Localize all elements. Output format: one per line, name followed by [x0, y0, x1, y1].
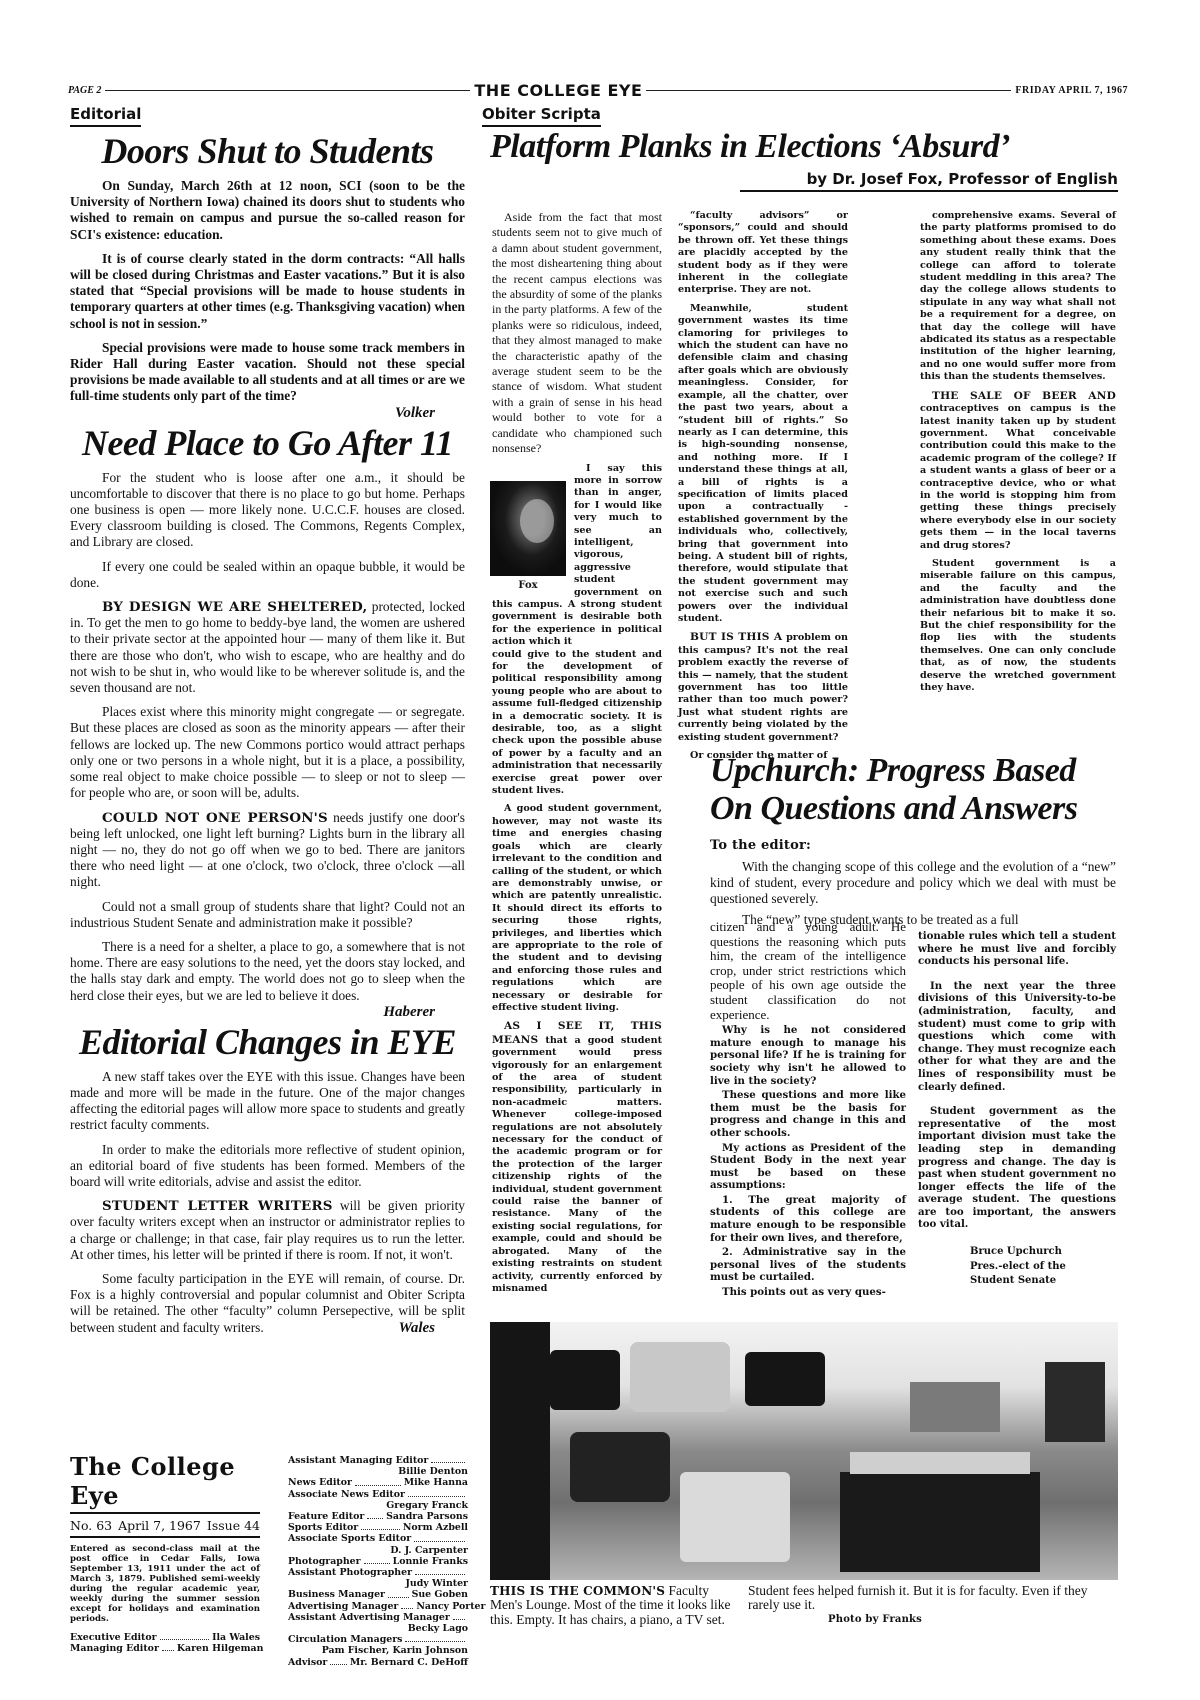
- leader-dots: [401, 1601, 413, 1609]
- fox-portrait-image: [490, 481, 566, 576]
- issue-date: FRIDAY APRIL 7, 1967: [1015, 85, 1128, 96]
- editorial-doors-body: On Sunday, March 26th at 12 noon, SCI (s…: [70, 178, 465, 405]
- signature-title: Student Senate: [970, 1274, 1116, 1289]
- staff-role: Managing Editor: [70, 1643, 159, 1654]
- staff-role: Advisor: [288, 1657, 327, 1668]
- paragraph: With the changing scope of this college …: [710, 859, 1116, 908]
- paragraph: tionable rules which tell a student wher…: [918, 930, 1116, 968]
- paragraph-text: In order to make the editorials more ref…: [70, 1142, 465, 1189]
- leader-dots: [330, 1657, 347, 1665]
- staff-row: Feature EditorSandra Parsons: [288, 1511, 468, 1522]
- letter-right-column: tionable rules which tell a student wher…: [918, 930, 1116, 1289]
- staff-role: Assistant Photographer: [288, 1567, 412, 1578]
- paragraph-text: There is a need for a shelter, a place t…: [70, 939, 465, 1003]
- page-masthead: PAGE 2 THE COLLEGE EYE FRIDAY APRIL 7, 1…: [68, 80, 1128, 100]
- masthead-rule: [105, 90, 470, 91]
- letter-left-small: Why is he not considered mature enough t…: [710, 1024, 906, 1298]
- section-label-editorial: Editorial: [70, 104, 141, 127]
- headline-need-place: Need Place to Go After 11: [70, 422, 465, 464]
- paragraph-text: Places exist where this minority might c…: [70, 704, 465, 800]
- paragraph: A new staff takes over the EYE with this…: [70, 1069, 465, 1134]
- staff-role: News Editor: [288, 1477, 352, 1488]
- staff-role: Photographer: [288, 1556, 361, 1567]
- staff-row: Assistant Advertising Manager: [288, 1612, 468, 1623]
- paragraph-text: problem on this campus? It's not the rea…: [678, 632, 848, 742]
- page-number: PAGE 2: [68, 85, 101, 96]
- letter-intro: With the changing scope of this college …: [710, 859, 1116, 928]
- leader-dots: [361, 1522, 400, 1530]
- staff-row: AdvisorMr. Bernard C. DeHoff: [288, 1657, 468, 1668]
- staff-row: Managing EditorKaren Hilgeman: [70, 1643, 260, 1654]
- headline-editorial-changes: Editorial Changes in EYE: [70, 1021, 465, 1063]
- paragraph-text: If every one could be sealed within an o…: [70, 559, 465, 590]
- staff-role: Circulation Managers: [288, 1634, 402, 1645]
- issue-number: No. 63: [70, 1518, 112, 1533]
- headline-upchurch: Upchurch: Progress Based On Questions an…: [710, 752, 1077, 828]
- staff-role: Business Manager: [288, 1589, 385, 1600]
- faculty-lounge-photo: [490, 1322, 1118, 1580]
- staff-role: Associate News Editor: [288, 1489, 405, 1500]
- photo-caption-left: THIS IS THE COMMON'S Faculty Men's Loung…: [490, 1584, 740, 1627]
- paragraph-text: A new staff takes over the EYE with this…: [70, 1069, 465, 1133]
- fox-photo-block: Fox: [490, 481, 566, 592]
- paragraph: AS I SEE IT, THIS MEANS that a good stud…: [492, 1020, 662, 1295]
- paragraph: This points out as very ques-: [710, 1286, 906, 1299]
- paragraph: In order to make the editorials more ref…: [70, 1142, 465, 1191]
- paragraph: Could not a small group of students shar…: [70, 899, 465, 931]
- signature-title: Pres.-elect of the: [970, 1260, 1116, 1275]
- paragraph: Places exist where this minority might c…: [70, 704, 465, 801]
- staff-role: Associate Sports Editor: [288, 1533, 411, 1544]
- paragraph-lead: BUT IS THIS A: [690, 631, 782, 643]
- headline-doors-shut: Doors Shut to Students: [70, 130, 465, 172]
- letter-upchurch: To the editor: With the changing scope o…: [710, 838, 1116, 928]
- leader-dots: [355, 1477, 401, 1485]
- leader-dots: [160, 1632, 210, 1640]
- paragraph-wrap: Fox I say this more in sorrow than in an…: [492, 463, 662, 649]
- staff-row: Advertising ManagerNancy Porter: [288, 1601, 468, 1612]
- staff-row: Circulation Managers: [288, 1634, 468, 1645]
- section-label-text: Editorial: [70, 105, 141, 127]
- staff-row: Associate News Editor: [288, 1489, 468, 1500]
- photo-caption-fox: Fox: [490, 580, 566, 592]
- signature-haberer: Haberer: [70, 1004, 435, 1021]
- paragraph-lead: THE SALE OF BEER AND: [932, 390, 1116, 402]
- headline-platform-planks: Platform Planks in Elections ‘Absurd’: [490, 128, 1010, 166]
- paragraph: THE SALE OF BEER AND contraceptives on c…: [920, 390, 1116, 552]
- staff-role: Feature Editor: [288, 1511, 364, 1522]
- staff-name: Pam Fischer, Karin Johnson: [288, 1645, 468, 1656]
- paragraph-text: Could not a small group of students shar…: [70, 899, 465, 930]
- paragraph: On Sunday, March 26th at 12 noon, SCI (s…: [70, 178, 465, 243]
- paragraph: If every one could be sealed within an o…: [70, 559, 465, 591]
- paragraph-lead: STUDENT LETTER WRITERS: [102, 1198, 333, 1214]
- caption-lead: THIS IS THE COMMON'S: [490, 1584, 665, 1598]
- staff-name: Gregary Franck: [288, 1500, 468, 1511]
- obiter-column-2: “faculty advisors” or “sponsors,” could …: [678, 210, 848, 768]
- letter-signature: Bruce Upchurch Pres.-elect of the Studen…: [918, 1245, 1116, 1289]
- nameplate-title: The College Eye: [70, 1452, 260, 1514]
- paragraph: STUDENT LETTER WRITERS will be given pri…: [70, 1198, 465, 1263]
- masthead-rule: [646, 90, 1011, 91]
- editorial-need-place-body: For the student who is loose after one a…: [70, 470, 465, 1004]
- photo-caption-right: Student fees helped furnish it. But it i…: [748, 1584, 1120, 1627]
- paragraph: For the student who is loose after one a…: [70, 470, 465, 551]
- issue-line: No. 63 April 7, 1967 Issue 44: [70, 1514, 260, 1538]
- staff-name: Sue Goben: [412, 1589, 468, 1600]
- salutation: To the editor:: [710, 838, 1116, 853]
- staff-name: Mike Hanna: [404, 1477, 468, 1488]
- leader-dots: [364, 1556, 390, 1564]
- staff-role: Assistant Managing Editor: [288, 1455, 428, 1466]
- newspaper-name: THE COLLEGE EYE: [474, 81, 642, 100]
- headline-line: On Questions and Answers: [710, 790, 1077, 828]
- leader-dots: [408, 1489, 465, 1497]
- staff-row: Sports EditorNorm Azbell: [288, 1522, 468, 1533]
- paragraph: My actions as President of the Student B…: [710, 1142, 906, 1192]
- staff-row: Assistant Managing Editor: [288, 1455, 468, 1466]
- paragraph: BY DESIGN WE ARE SHELTERED, protected, l…: [70, 599, 465, 696]
- letter-left-column: citizen and a young adult. He questions …: [710, 920, 906, 1299]
- paragraph: “faculty advisors” or “sponsors,” could …: [678, 210, 848, 297]
- paragraph: Student government is a miserable failur…: [920, 558, 1116, 694]
- signature-name: Bruce Upchurch: [970, 1245, 1116, 1260]
- paragraph: could give to the student and for the de…: [492, 649, 662, 798]
- staff-role: Sports Editor: [288, 1522, 358, 1533]
- paragraph: There is a need for a shelter, a place t…: [70, 939, 465, 1004]
- paragraph: Special provisions were made to house so…: [70, 340, 465, 405]
- section-label-text: Obiter Scripta: [482, 105, 601, 127]
- paragraph: 2. Administrative say in the personal li…: [710, 1246, 906, 1284]
- paragraph: citizen and a young adult. He questions …: [710, 920, 906, 1022]
- obiter-column-1: Aside from the fact that most students s…: [492, 210, 662, 1301]
- staff-name: Sandra Parsons: [386, 1511, 468, 1522]
- staff-row: PhotographerLonnie Franks: [288, 1556, 468, 1567]
- paragraph-lead: COULD NOT ONE PERSON'S: [102, 810, 328, 826]
- obiter-column-3: comprehensive exams. Several of the part…: [920, 210, 1116, 700]
- leader-dots: [415, 1567, 465, 1575]
- paragraph: Aside from the fact that most students s…: [492, 210, 662, 457]
- section-label-obiter: Obiter Scripta: [482, 104, 601, 127]
- paragraph: BUT IS THIS A problem on this campus? It…: [678, 631, 848, 744]
- staff-name: Ila Wales: [212, 1632, 260, 1643]
- staff-name: D. J. Carpenter: [288, 1545, 468, 1556]
- paragraph-lead: BY DESIGN WE ARE SHELTERED,: [102, 599, 367, 615]
- signature-volker: Volker: [70, 405, 435, 422]
- photo-credit: Photo by Franks: [748, 1613, 1120, 1627]
- staff-role: Advertising Manager: [288, 1601, 398, 1612]
- byline-fox: by Dr. Josef Fox, Professor of English: [740, 170, 1118, 192]
- leader-dots: [453, 1612, 465, 1620]
- paragraph: Why is he not considered mature enough t…: [710, 1024, 906, 1087]
- staff-row: Executive EditorIla Wales: [70, 1632, 260, 1643]
- paragraph: It is of course clearly stated in the do…: [70, 251, 465, 332]
- paragraph-text: that a good student government would pre…: [492, 1035, 662, 1294]
- leader-dots: [405, 1634, 465, 1642]
- postal-notice: Entered as second-class mail at the post…: [70, 1544, 260, 1624]
- paragraph: These questions and more like them must …: [710, 1089, 906, 1139]
- byline-text: by Dr. Josef Fox, Professor of English: [740, 170, 1118, 192]
- top-staff-list: Executive EditorIla Wales Managing Edito…: [70, 1632, 260, 1654]
- paragraph: comprehensive exams. Several of the part…: [920, 210, 1116, 384]
- staff-name: Nancy Porter: [416, 1601, 485, 1612]
- staff-row: Assistant Photographer: [288, 1567, 468, 1578]
- paragraph: 1. The great majority of students of thi…: [710, 1194, 906, 1244]
- paragraph: In the next year the three divisions of …: [918, 980, 1116, 1093]
- leader-dots: [162, 1643, 174, 1651]
- staff-name: Billie Denton: [288, 1466, 468, 1477]
- leader-dots: [414, 1533, 465, 1541]
- editorial-column: Doors Shut to Students On Sunday, March …: [70, 130, 465, 1337]
- staff-row: Associate Sports Editor: [288, 1533, 468, 1544]
- paragraph-text: contraceptives on campus is the latest i…: [920, 403, 1116, 550]
- staff-list: Assistant Managing Editor Billie Denton …: [288, 1455, 468, 1668]
- staff-row: News EditorMike Hanna: [288, 1477, 468, 1488]
- headline-line: Upchurch: Progress Based: [710, 752, 1077, 790]
- staff-role: Assistant Advertising Manager: [288, 1612, 450, 1623]
- staff-role: Executive Editor: [70, 1632, 157, 1643]
- issue-count: Issue 44: [207, 1518, 260, 1533]
- staff-name: Becky Lago: [288, 1623, 468, 1634]
- staff-row: Business ManagerSue Goben: [288, 1589, 468, 1600]
- paragraph: A good student government, however, may …: [492, 803, 662, 1014]
- editorial-changes-body: A new staff takes over the EYE with this…: [70, 1069, 465, 1336]
- issue-date-small: April 7, 1967: [118, 1518, 201, 1533]
- leader-dots: [388, 1589, 409, 1597]
- nameplate-box: The College Eye No. 63 April 7, 1967 Iss…: [70, 1452, 260, 1654]
- paragraph: Meanwhile, student government wastes its…: [678, 303, 848, 626]
- staff-name: Mr. Bernard C. DeHoff: [350, 1657, 468, 1668]
- staff-name: Karen Hilgeman: [177, 1643, 264, 1654]
- paragraph-text: For the student who is loose after one a…: [70, 470, 465, 550]
- leader-dots: [367, 1511, 383, 1519]
- paragraph: Student government as the representative…: [918, 1105, 1116, 1231]
- caption-text: Student fees helped furnish it. But it i…: [748, 1584, 1120, 1613]
- staff-name: Norm Azbell: [403, 1522, 468, 1533]
- staff-name: Judy Winter: [288, 1578, 468, 1589]
- leader-dots: [431, 1455, 465, 1463]
- paragraph: COULD NOT ONE PERSON'S needs justify one…: [70, 810, 465, 891]
- staff-name: Lonnie Franks: [393, 1556, 468, 1567]
